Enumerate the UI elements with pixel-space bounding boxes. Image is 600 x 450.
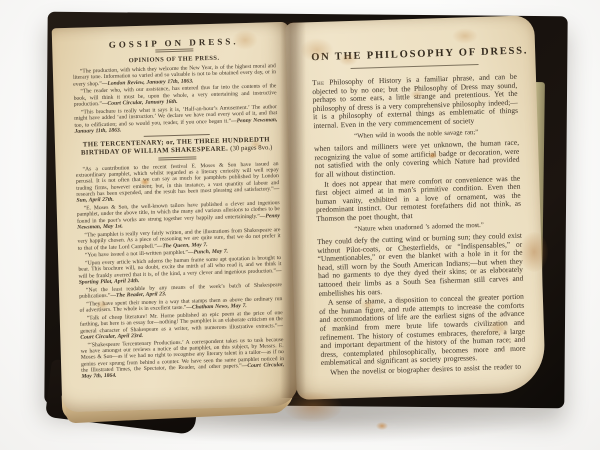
press-review: “E. Moses & Son, the well-known tailors … xyxy=(77,200,281,231)
review-citation: —Punch, May 7. xyxy=(188,249,228,256)
press-review: “‘Shakespeare Tercentenary Productions.’… xyxy=(80,337,284,381)
left-page-text-block: GOSSIP ON DRESS. OPINIONS OF THE PRESS. … xyxy=(52,22,299,389)
press-review: “Talk of cheap literature! Mr. Horne pub… xyxy=(80,310,284,341)
review-text: “E. Moses & Son, the well-known tailors … xyxy=(77,200,280,224)
section-heading-rule xyxy=(158,156,196,160)
chapter-title-rule xyxy=(350,64,478,69)
body-paragraph: The Philosophy of History is a familiar … xyxy=(312,73,519,131)
chapter-title: ON THE PHILOSOPHY OF DRESS. xyxy=(311,46,516,63)
body-paragraph: when tailors and milliners were yet unkn… xyxy=(314,139,520,180)
review-citation: —Chatham News, May 7. xyxy=(186,303,247,311)
review-text: “Upon every article which adorns the hum… xyxy=(78,255,281,279)
press-review: “As a contribution to the recent festiva… xyxy=(76,161,280,205)
section-divider-rule xyxy=(143,134,209,137)
body-paragraph: They could defy the cutting wind or burn… xyxy=(317,232,524,299)
section-heading: THE TERCENTENARY; or, THE THREE HUNDREDT… xyxy=(75,136,278,158)
body-paragraph: It does not appear that mere comfort or … xyxy=(315,174,521,223)
review-citation: —The Queen, May 7. xyxy=(157,242,208,249)
review-citation: —The Reader, April 23. xyxy=(110,291,166,299)
press-review: “This brochure is really what it says it… xyxy=(74,104,278,135)
review-text: “As a contribution to the recent festiva… xyxy=(76,161,279,198)
press-review: “Upon every article which adorns the hum… xyxy=(78,255,282,286)
review-citation: —Court Circular, January 16th. xyxy=(102,99,178,107)
left-page: GOSSIP ON DRESS. OPINIONS OF THE PRESS. … xyxy=(52,22,300,412)
review-text: “Talk of cheap literature! Mr. Horne pub… xyxy=(80,310,283,334)
right-page: ON THE PHILOSOPHY OF DRESS. The Philosop… xyxy=(285,15,546,400)
right-page-text-block: ON THE PHILOSOPHY OF DRESS. The Philosop… xyxy=(285,15,545,385)
body-paragraph: A sense of shame, a disposition to conce… xyxy=(319,293,526,368)
paragraph-text: Philosophy of History is a familiar phra… xyxy=(312,72,518,130)
title-rule xyxy=(155,48,193,52)
review-text: “This brochure is really what it says it… xyxy=(74,104,277,128)
section-heading-note: (30 pages 8vo.) xyxy=(230,145,272,153)
